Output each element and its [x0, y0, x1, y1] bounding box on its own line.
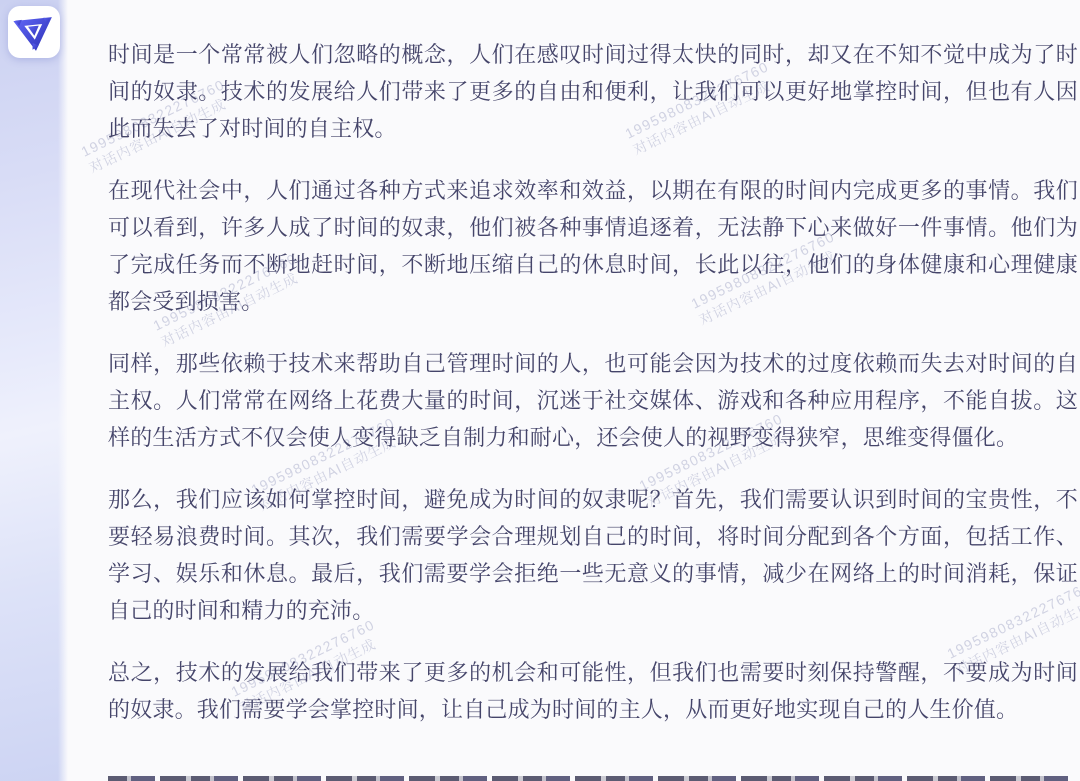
triangle-knot-ai-logo-icon [12, 10, 56, 54]
chat-screenshot-page: 19959808322276760对话内容由AI自动生成199598083222… [0, 0, 1080, 781]
left-rail [0, 0, 68, 781]
paragraph-2: 在现代社会中，人们通过各种方式来追求效率和效益，以期在有限的时间内完成更多的事情… [108, 172, 1078, 320]
clipped-next-text-line [108, 776, 1072, 781]
paragraph-3: 同样，那些依赖于技术来帮助自己管理时间的人，也可能会因为技术的过度依赖而失去对时… [108, 345, 1078, 456]
paragraph-4: 那么，我们应该如何掌控时间，避免成为时间的奴隶呢？首先，我们需要认识到时间的宝贵… [108, 481, 1078, 629]
app-logo [8, 6, 60, 58]
ai-response-text: 时间是一个常常被人们忽略的概念，人们在感叹时间过得太快的同时，却又在不知不觉中成… [68, 0, 1080, 728]
paragraph-1: 时间是一个常常被人们忽略的概念，人们在感叹时间过得太快的同时，却又在不知不觉中成… [108, 36, 1078, 147]
paragraph-5: 总之，技术的发展给我们带来了更多的机会和可能性，但我们也需要时刻保持警醒，不要成… [108, 654, 1078, 728]
ai-response-panel: 时间是一个常常被人们忽略的概念，人们在感叹时间过得太快的同时，却又在不知不觉中成… [68, 0, 1080, 781]
